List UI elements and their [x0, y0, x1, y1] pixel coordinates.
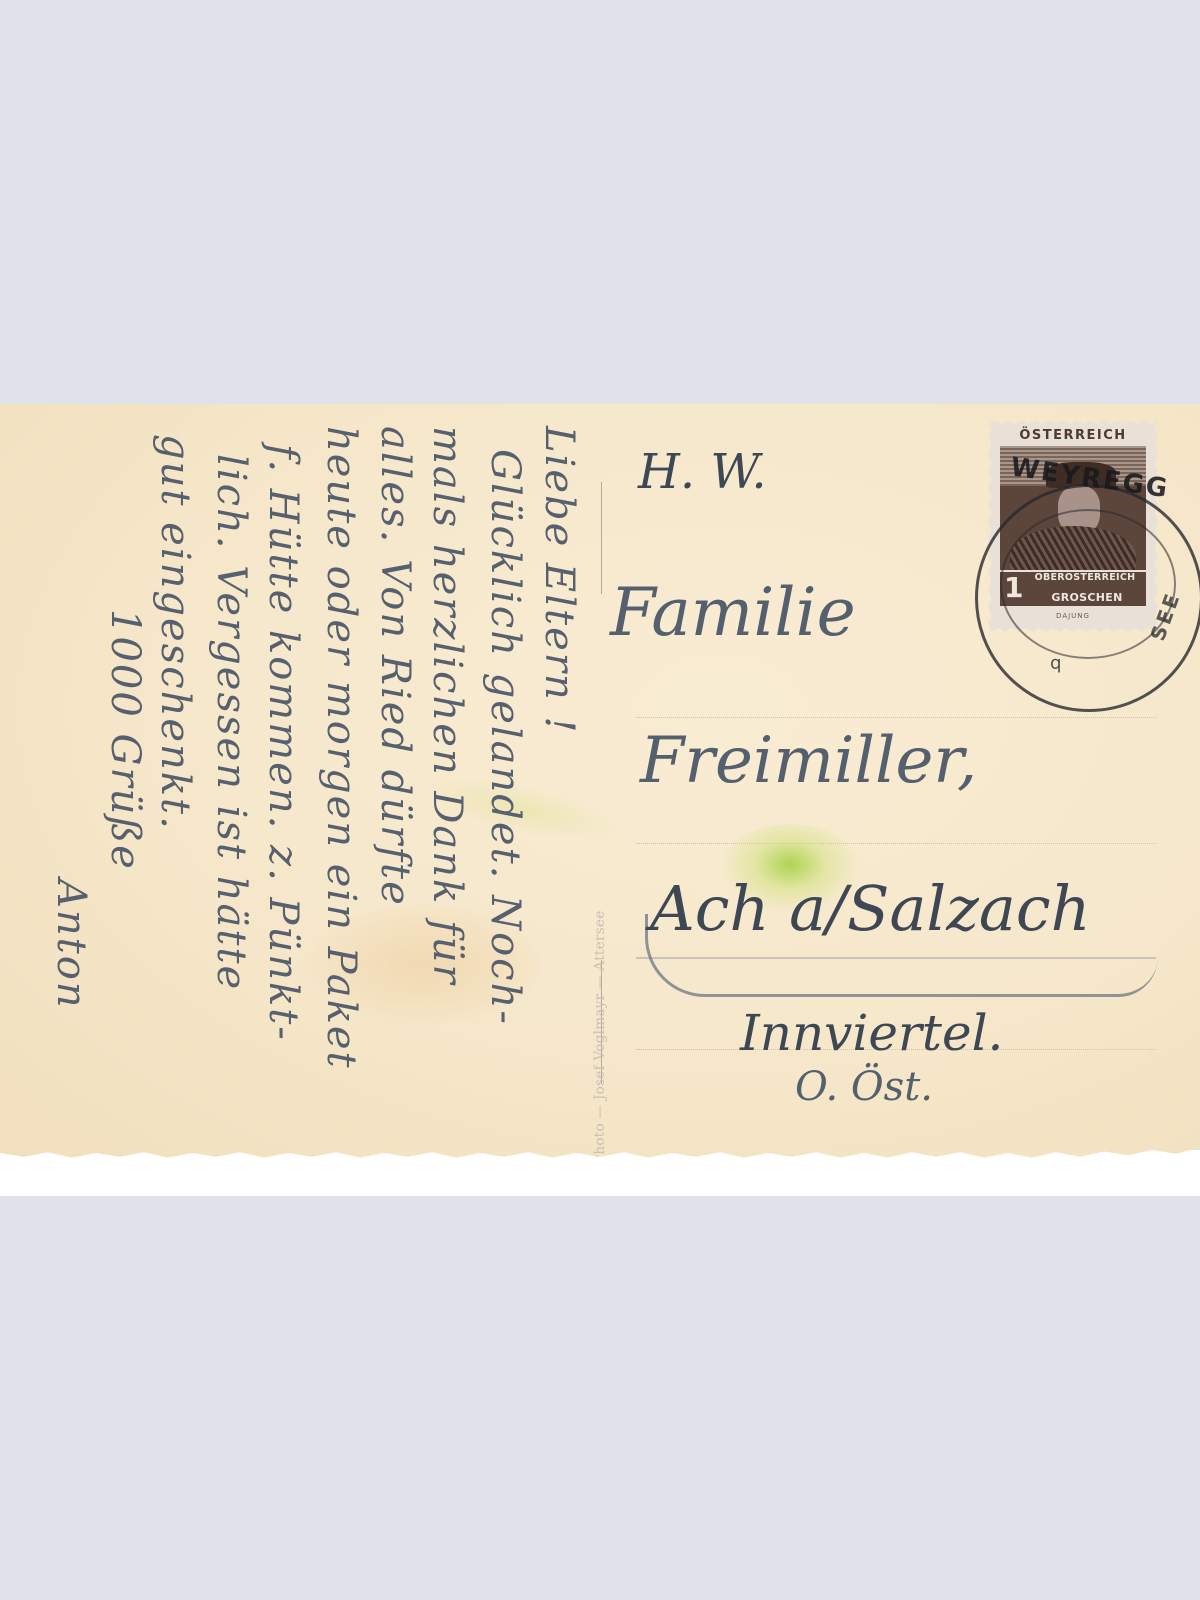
message-line: Liebe Eltern !	[536, 426, 582, 734]
message-line: heute oder morgen ein Paket	[318, 426, 364, 1070]
message-line: lich. Vergessen ist hätte	[208, 454, 254, 991]
message-line: gut eingeschenkt.	[152, 434, 198, 831]
stamp-country: ÖSTERREICH	[988, 428, 1158, 443]
address-line-1	[636, 717, 1156, 718]
message-signature: Anton	[48, 879, 94, 1010]
address-line-state: O. Öst.	[795, 1064, 933, 1110]
message-line: Glücklich gelandet. Noch-	[482, 449, 528, 1026]
postmark-code: b	[1050, 654, 1061, 675]
message-line: alles. Von Ried dürfte	[372, 426, 418, 907]
address-line-familie: Familie	[610, 574, 856, 651]
address-line-district: Innviertel.	[740, 1004, 1003, 1062]
message-line: f. Hütte kommen. z. Pünkt-	[260, 444, 306, 1042]
address-line-town: Ach a/Salzach	[650, 872, 1091, 945]
message-line: 1000 Grüße	[102, 609, 148, 871]
divider-line-top	[601, 482, 602, 594]
address-salutation: H. W.	[638, 444, 767, 500]
scan-margin	[0, 1150, 1200, 1196]
postcard: Photo — Josef Voglmayr — Attersee H. W. …	[0, 404, 1200, 1166]
publisher-imprint: Photo — Josef Voglmayr — Attersee	[592, 910, 608, 1164]
address-line-2	[636, 843, 1156, 844]
address-line-name: Freimiller,	[640, 724, 977, 798]
message-line: mals herzlichen Dank für	[424, 426, 470, 986]
